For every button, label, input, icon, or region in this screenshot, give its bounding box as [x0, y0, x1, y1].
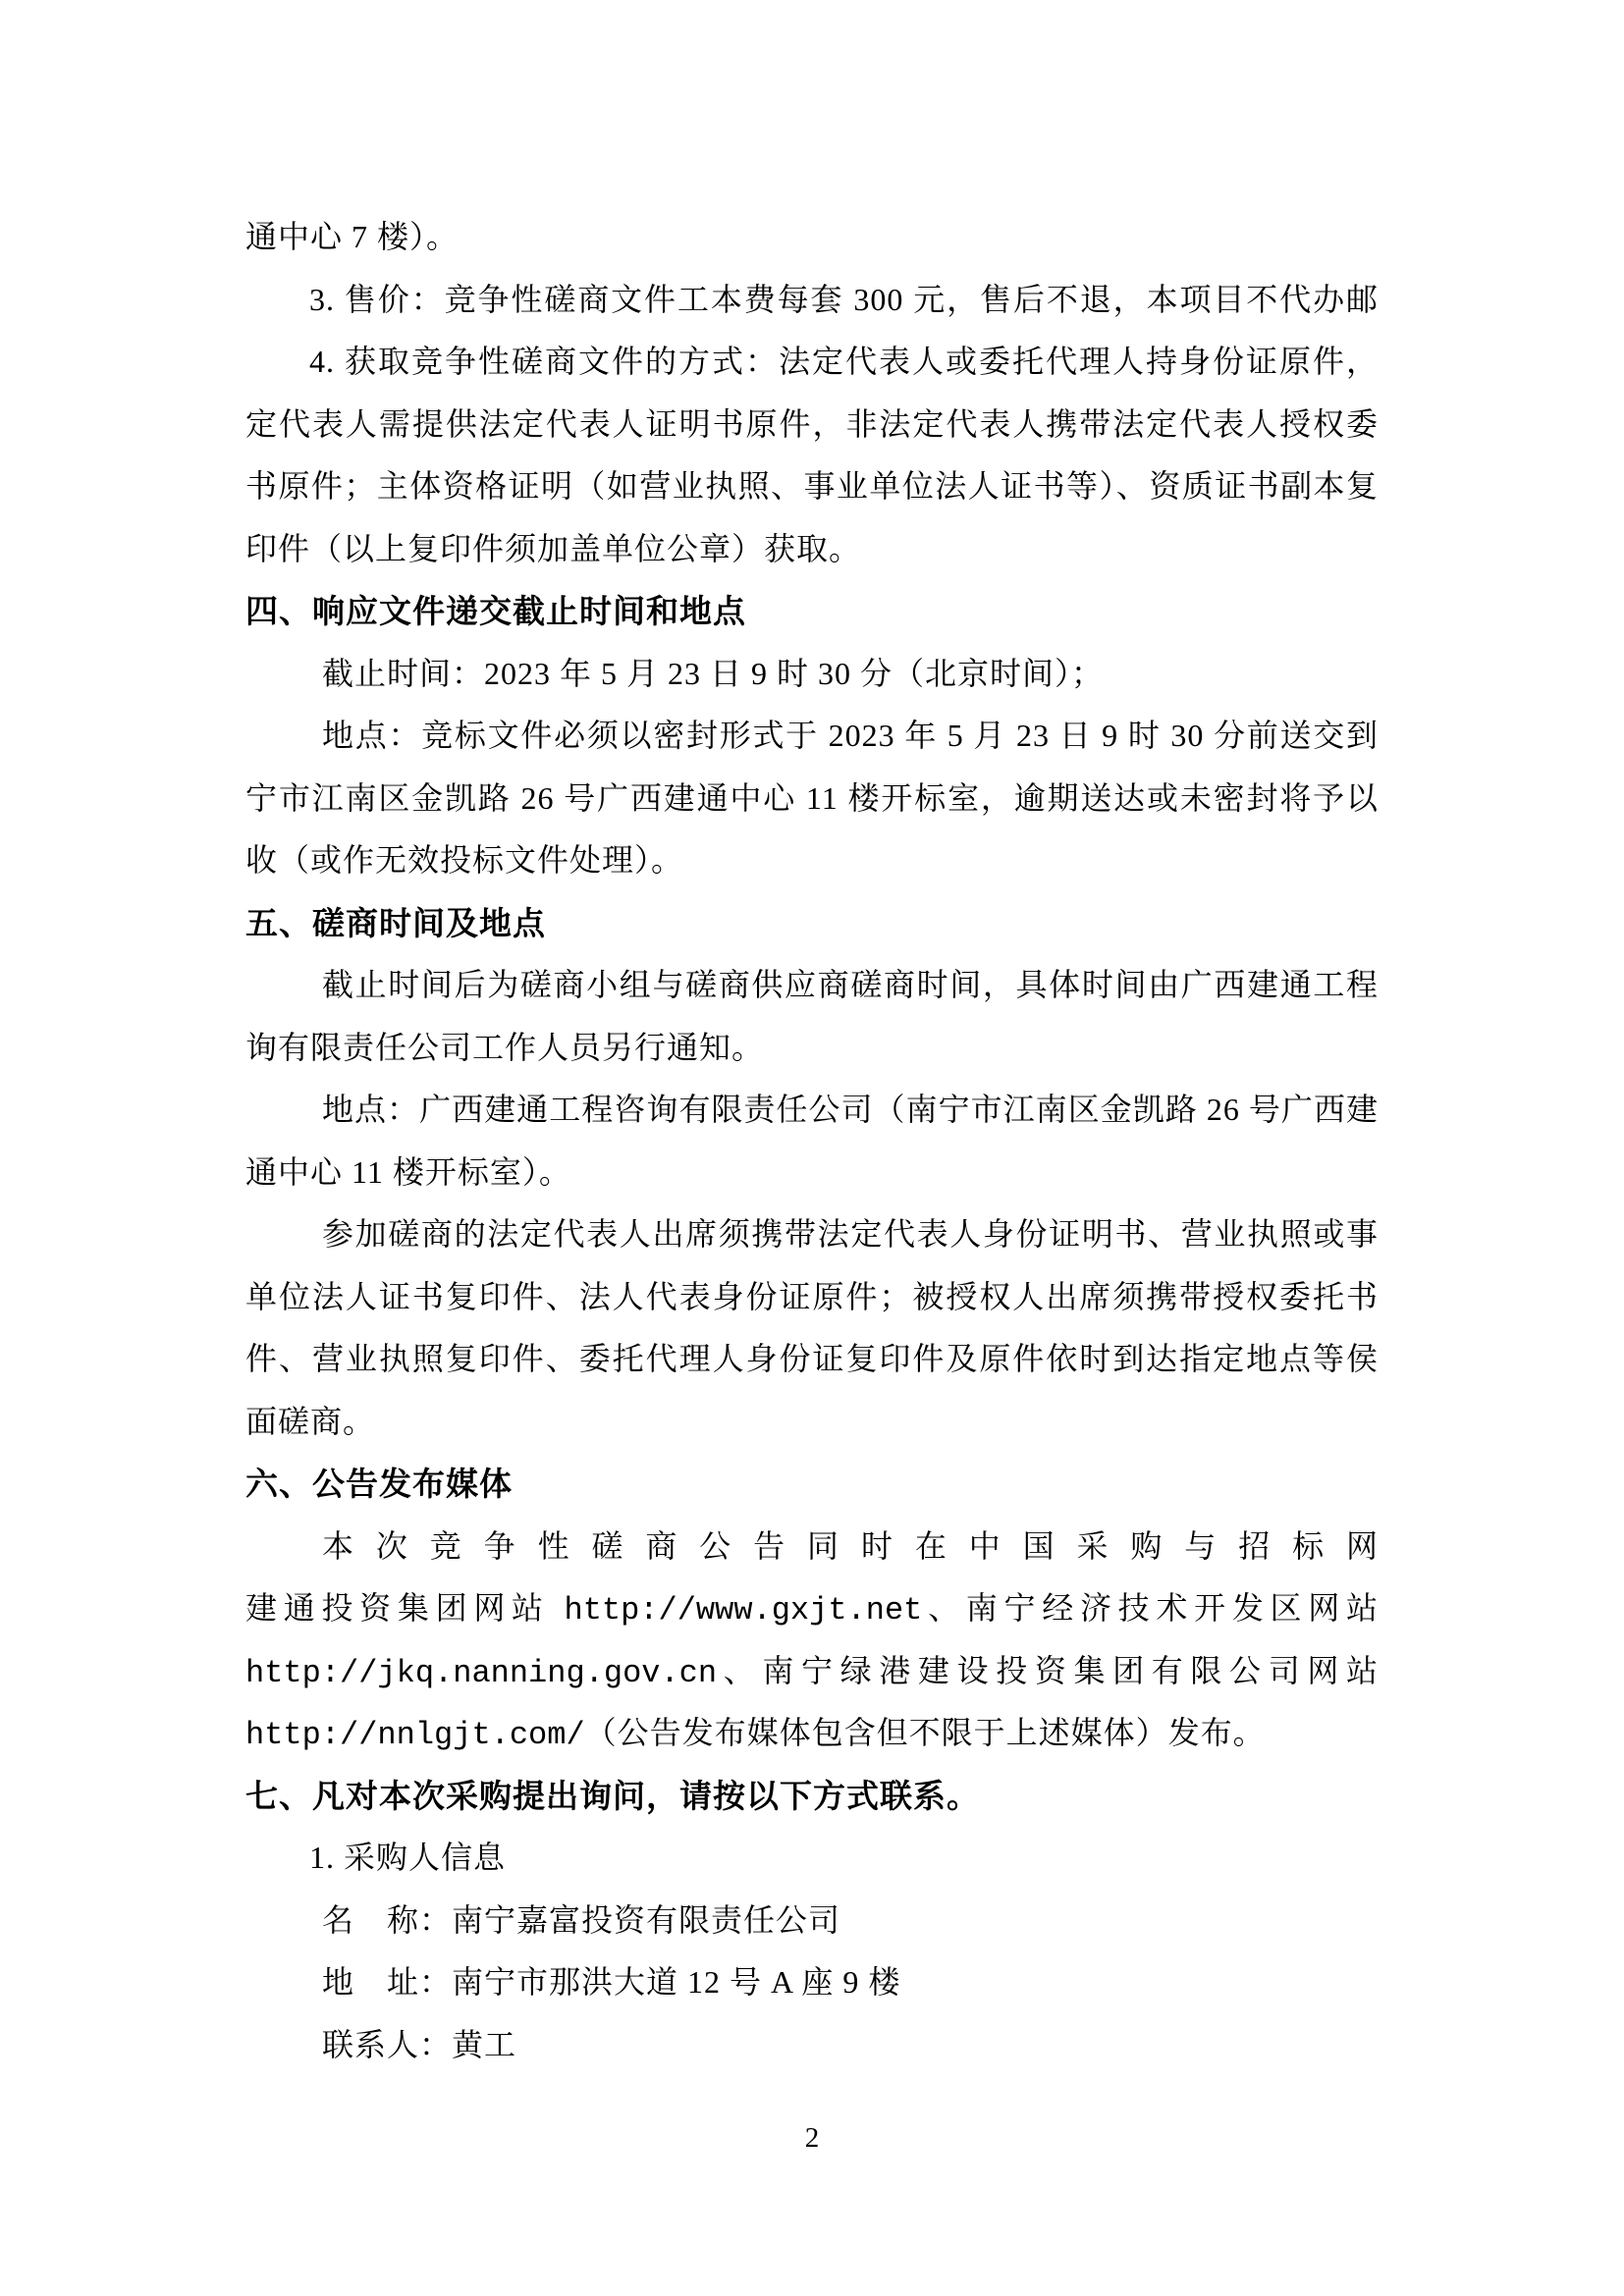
- text-line: 名 称：南宁嘉富投资有限责任公司: [245, 1890, 1379, 1952]
- text-line: 通中心 11 楼开标室）。: [245, 1142, 1379, 1204]
- section-heading: 五、磋商时间及地点: [245, 892, 1379, 955]
- text-line: 件、营业执照复印件、委托代理人身份证复印件及原件依时到达指定地点等侯当: [245, 1328, 1379, 1391]
- text-line: 联系人：黄工: [245, 2014, 1379, 2077]
- text-line: 本次竞争性磋商公告同时在中国采购与招标网 www.chinabidding.co…: [245, 1516, 1379, 1578]
- text-line: 地 址：南宁市那洪大道 12 号 A 座 9 楼: [245, 1951, 1379, 2014]
- text-line: 询有限责任公司工作人员另行通知。: [245, 1017, 1379, 1080]
- section-heading: 四、响应文件递交截止时间和地点: [245, 580, 1379, 643]
- text-line: http://jkq.nanning.gov.cn、南宁绿港建设投资集团有限公司…: [245, 1640, 1379, 1703]
- text-line: 1. 采购人信息: [245, 1827, 1379, 1890]
- text-line: 地点：竞标文件必须以密封形式于 2023 年 5 月 23 日 9 时 30 分…: [245, 705, 1379, 768]
- section-heading: 六、公告发布媒体: [245, 1453, 1379, 1516]
- text-line: 单位法人证书复印件、法人代表身份证原件；被授权人出席须携带授权委托书原: [245, 1266, 1379, 1329]
- page-number: 2: [0, 2118, 1624, 2158]
- url-text: http://www.gxjt.net: [564, 1592, 922, 1629]
- url-text: http://nnlgjt.com/: [245, 1717, 585, 1753]
- text-line: 面磋商。: [245, 1391, 1379, 1454]
- text-line: 4. 获取竞争性磋商文件的方式：法定代表人或委托代理人持身份证原件，法: [245, 331, 1379, 394]
- document-body: 通中心 7 楼）。3. 售价：竞争性磋商文件工本费每套 300 元，售后不退，本…: [245, 206, 1379, 2076]
- text-line: 印件（以上复印件须加盖单位公章）获取。: [245, 518, 1379, 581]
- text-line: 截止时间：2023 年 5 月 23 日 9 时 30 分（北京时间）；: [245, 643, 1379, 706]
- text-line: 定代表人需提供法定代表人证明书原件，非法定代表人携带法定代表人授权委托: [245, 394, 1379, 456]
- text-line: 书原件；主体资格证明（如营业执照、事业单位法人证书等）、资质证书副本复: [245, 455, 1379, 518]
- text-line: 参加磋商的法定代表人出席须携带法定代表人身份证明书、营业执照或事业: [245, 1203, 1379, 1266]
- text-line: 建通投资集团网站 http://www.gxjt.net、南宁经济技术开发区网站: [245, 1577, 1379, 1640]
- text-line: 收（或作无效投标文件处理）。: [245, 829, 1379, 892]
- text-line: 截止时间后为磋商小组与磋商供应商磋商时间，具体时间由广西建通工程咨: [245, 954, 1379, 1017]
- text-line: 3. 售价：竞争性磋商文件工本费每套 300 元，售后不退，本项目不代办邮寄。: [245, 269, 1379, 332]
- text-line: http://nnlgjt.com/（公告发布媒体包含但不限于上述媒体）发布。: [245, 1702, 1379, 1765]
- text-line: 宁市江南区金凯路 26 号广西建通中心 11 楼开标室，逾期送达或未密封将予以拒: [245, 768, 1379, 830]
- text-line: 通中心 7 楼）。: [245, 206, 1379, 269]
- url-text: http://jkq.nanning.gov.cn: [245, 1655, 717, 1691]
- text-line: 地点：广西建通工程咨询有限责任公司（南宁市江南区金凯路 26 号广西建: [245, 1079, 1379, 1142]
- document-page: 通中心 7 楼）。3. 售价：竞争性磋商文件工本费每套 300 元，售后不退，本…: [0, 0, 1624, 2296]
- section-heading: 七、凡对本次采购提出询问，请按以下方式联系。: [245, 1765, 1379, 1828]
